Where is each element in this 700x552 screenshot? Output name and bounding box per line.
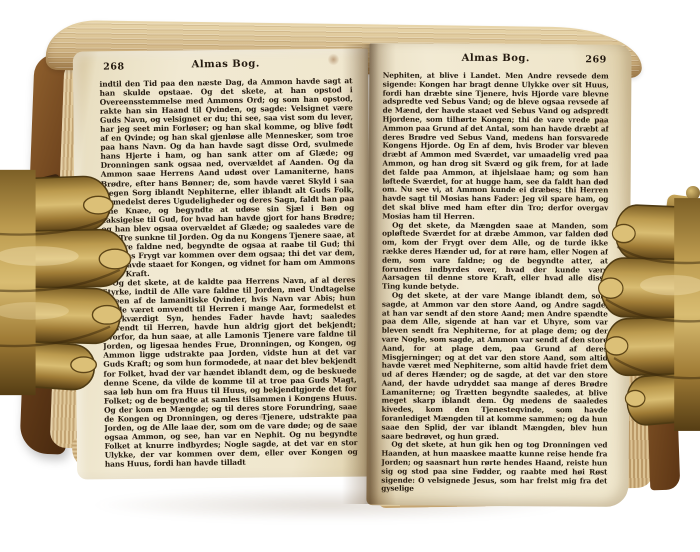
foxing-stain: [598, 118, 607, 127]
right-page-header: Almas Bog. 269: [383, 53, 609, 70]
left-page-number: 268: [103, 61, 124, 72]
clasp-pin: [686, 186, 700, 200]
paragraph: Og det skete, at der vare Mange iblandt …: [381, 292, 608, 442]
left-page: 268 Almas Bog. indtil den Tid paa den næ…: [73, 48, 372, 479]
foxing-stain: [328, 53, 339, 66]
clasp-knob: [0, 318, 22, 364]
paragraph: Nephiten, at blive i Landet. Men Andre r…: [382, 72, 609, 222]
paragraph: indtil den Tid paa den næste Dag, da Amm…: [99, 76, 355, 279]
right-page-text: Nephiten, at blive i Landet. Men Andre r…: [381, 72, 608, 503]
photo-antique-open-book: 268 Almas Bog. indtil den Tid paa den næ…: [0, 0, 700, 552]
left-page-text: indtil den Tid paa den næste Dag, da Amm…: [99, 76, 358, 475]
left-page-surface: 268 Almas Bog. indtil den Tid paa den næ…: [72, 48, 373, 480]
right-page-surface: Almas Bog. 269 Nephiten, at blive i Land…: [367, 44, 631, 507]
paragraph: Og det skete, da Mængden saae at Manden,…: [382, 221, 608, 292]
right-page: Almas Bog. 269 Nephiten, at blive i Land…: [366, 43, 631, 507]
foxing-stain: [258, 414, 264, 420]
paragraph: Og det skete, at hun gik hen og tog Dron…: [381, 441, 607, 495]
right-running-title: Almas Bog.: [462, 53, 530, 64]
right-page-number: 269: [585, 54, 606, 65]
left-running-title: Almas Bog.: [191, 58, 259, 70]
paragraph: Og det skete, at de kaldte paa Herrens N…: [102, 275, 358, 468]
left-page-header: 268 Almas Bog.: [99, 57, 352, 77]
